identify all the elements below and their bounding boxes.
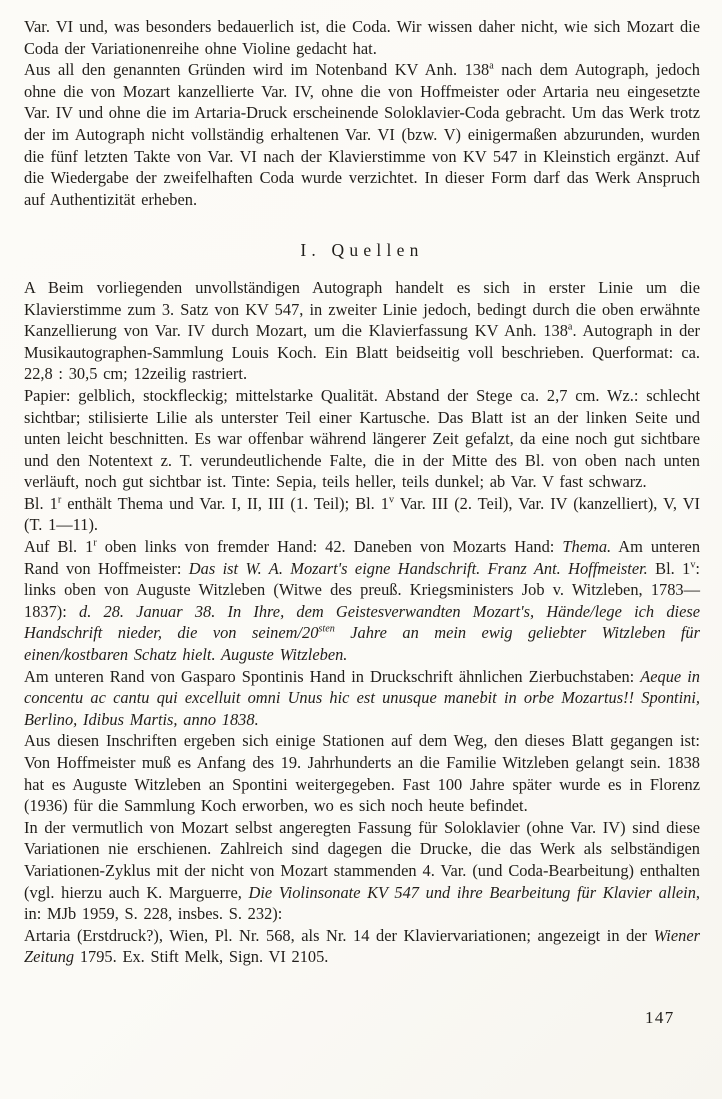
paragraph: A Beim vorliegenden unvollständigen Auto… <box>24 277 700 385</box>
text-segment: sten <box>318 624 334 635</box>
text-segment: Bl. 1 <box>24 494 58 513</box>
text-segment: 1795. Ex. Stift Melk, Sign. VI 2105. <box>74 947 328 966</box>
text-segment: oben links von fremder Hand: 42. Daneben… <box>97 537 563 556</box>
text-segment: Die Violinsonate KV 547 und ihre Bearbei… <box>249 883 696 902</box>
text-segment: Aus diesen Inschriften ergeben sich eini… <box>24 731 700 815</box>
text-segment: Bl. 1 <box>648 559 691 578</box>
text-segment: Am unteren Rand von Gasparo Spontinis Ha… <box>24 667 640 686</box>
text-segment: Papier: gelblich, stockfleckig; mittelst… <box>24 386 700 491</box>
paragraph: Aus diesen Inschriften ergeben sich eini… <box>24 730 700 816</box>
paragraph: Papier: gelblich, stockfleckig; mittelst… <box>24 385 700 493</box>
text-segment: nach dem Autograph, jedoch ohne die von … <box>24 60 700 209</box>
paragraph: Bl. 1r enthält Thema und Var. I, II, III… <box>24 493 700 536</box>
paragraph: Am unteren Rand von Gasparo Spontinis Ha… <box>24 666 700 731</box>
text-segment: Thema. <box>562 537 611 556</box>
text-segment: Artaria (Erstdruck?), Wien, Pl. Nr. 568,… <box>24 926 654 945</box>
paragraph: Aus all den genannten Gründen wird im No… <box>24 59 700 210</box>
paragraph: Artaria (Erstdruck?), Wien, Pl. Nr. 568,… <box>24 925 700 968</box>
paragraph: In der vermutlich von Mozart selbst ange… <box>24 817 700 925</box>
text-segment: Var. VI und, was besonders bedauerlich i… <box>24 17 700 58</box>
document-page: Var. VI und, was besonders bedauerlich i… <box>0 0 722 1099</box>
page-number: 147 <box>645 1008 675 1028</box>
paragraph: Auf Bl. 1r oben links von fremder Hand: … <box>24 536 700 666</box>
section-heading: I. Quellen <box>24 240 700 262</box>
paragraph: Var. VI und, was besonders bedauerlich i… <box>24 16 700 59</box>
text-segment: Auf Bl. 1 <box>24 537 93 556</box>
text-segment: Das ist W. A. Mozart's eigne Handschrift… <box>189 559 648 578</box>
text-segment: Aus all den genannten Gründen wird im No… <box>24 60 489 79</box>
text-segment: enthält Thema und Var. I, II, III (1. Te… <box>61 494 389 513</box>
page-body: Var. VI und, was besonders bedauerlich i… <box>24 16 700 968</box>
